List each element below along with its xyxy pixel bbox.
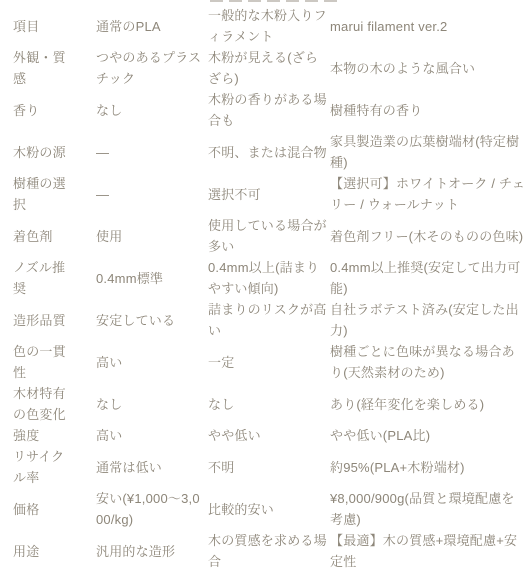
cell-generic-wood-filament: 不明 xyxy=(208,446,330,488)
cell-generic-wood-filament: 詰まりのリスクが高い xyxy=(208,299,330,341)
cell-generic-wood-filament: 一定 xyxy=(208,341,330,383)
cell-generic-wood-filament: 不明、または混合物 xyxy=(208,131,330,173)
cell-marui-filament: 樹種特有の香り xyxy=(330,89,526,131)
cell-normal-pla: なし xyxy=(96,383,208,425)
cell-generic-wood-filament: 選択不可 xyxy=(208,173,330,215)
cell-normal-pla: 通常は低い xyxy=(96,446,208,488)
cell-marui-filament: 【選択可】ホワイトオーク / チェリー / ウォールナット xyxy=(330,173,526,215)
column-header-cell-generic-wood-filament: 一般的な木粉入りフィラメント xyxy=(208,5,330,47)
cell-generic-wood-filament: 0.4mm以上(詰まりやすい傾向) xyxy=(208,257,330,299)
column-header-cell-normal-pla: 通常のPLA xyxy=(96,5,208,47)
cell-item: 着色剤 xyxy=(13,215,96,257)
header-row: 項目通常のPLA一般的な木粉入りフィラメントmarui filament ver… xyxy=(13,5,526,47)
table-row: ノズル推奨0.4mm標準0.4mm以上(詰まりやすい傾向)0.4mm以上推奨(安… xyxy=(13,257,526,299)
table-row: 着色剤使用使用している場合が多い着色剤フリー(木そのものの色味) xyxy=(13,215,526,257)
cell-marui-filament: あり(経年変化を楽しめる) xyxy=(330,383,526,425)
table-row: リサイクル率通常は低い不明約95%(PLA+木粉端材) xyxy=(13,446,526,488)
filament-comparison-table: 項目通常のPLA一般的な木粉入りフィラメントmarui filament ver… xyxy=(13,5,526,572)
cell-normal-pla: 安定している xyxy=(96,299,208,341)
column-header-cell-marui-filament: marui filament ver.2 xyxy=(330,5,526,47)
cell-item: リサイクル率 xyxy=(13,446,96,488)
cell-item: 外観・質感 xyxy=(13,47,96,89)
filament-comparison-section: 項目通常のPLA一般的な木粉入りフィラメントmarui filament ver… xyxy=(0,0,526,572)
table-row: 樹種の選択—選択不可【選択可】ホワイトオーク / チェリー / ウォールナット xyxy=(13,173,526,215)
cell-normal-pla: 使用 xyxy=(96,215,208,257)
cell-item: 価格 xyxy=(13,488,96,530)
table-row: 造形品質安定している詰まりのリスクが高い自社ラボテスト済み(安定した出力) xyxy=(13,299,526,341)
table-row: 香りなし木粉の香りがある場合も樹種特有の香り xyxy=(13,89,526,131)
cell-marui-filament: ¥8,000/900g(品質と環境配慮を考慮) xyxy=(330,488,526,530)
table-row: 用途汎用的な造形木の質感を求める場合【最適】木の質感+環境配慮+安定性 xyxy=(13,530,526,572)
cell-normal-pla: — xyxy=(96,173,208,215)
cell-item: 木粉の源 xyxy=(13,131,96,173)
cell-marui-filament: 着色剤フリー(木そのものの色味) xyxy=(330,215,526,257)
cell-marui-filament: 樹種ごとに色味が異なる場合あり(天然素材のため) xyxy=(330,341,526,383)
cell-normal-pla: 高い xyxy=(96,425,208,446)
cell-generic-wood-filament: 木粉の香りがある場合も xyxy=(208,89,330,131)
cell-generic-wood-filament: なし xyxy=(208,383,330,425)
cell-item: 造形品質 xyxy=(13,299,96,341)
table-row: 木材特有の色変化なしなしあり(経年変化を楽しめる) xyxy=(13,383,526,425)
cell-item: 樹種の選択 xyxy=(13,173,96,215)
table-header: 項目通常のPLA一般的な木粉入りフィラメントmarui filament ver… xyxy=(13,5,526,47)
clipped-row-fragment xyxy=(210,0,338,2)
cell-item: 色の一貫性 xyxy=(13,341,96,383)
cell-marui-filament: やや低い(PLA比) xyxy=(330,425,526,446)
cell-normal-pla: 汎用的な造形 xyxy=(96,530,208,572)
table-row: 価格安い(¥1,000〜3,000/kg)比較的安い¥8,000/900g(品質… xyxy=(13,488,526,530)
table-row: 色の一貫性高い一定樹種ごとに色味が異なる場合あり(天然素材のため) xyxy=(13,341,526,383)
column-header-cell-item: 項目 xyxy=(13,5,96,47)
cell-item: ノズル推奨 xyxy=(13,257,96,299)
table-row: 強度高いやや低いやや低い(PLA比) xyxy=(13,425,526,446)
table-row: 外観・質感つやのあるプラスチック木粉が見える(ざらざら)本物の木のような風合い xyxy=(13,47,526,89)
cell-marui-filament: 家具製造業の広葉樹端材(特定樹種) xyxy=(330,131,526,173)
cell-item: 香り xyxy=(13,89,96,131)
cell-marui-filament: 【最適】木の質感+環境配慮+安定性 xyxy=(330,530,526,572)
cell-generic-wood-filament: 使用している場合が多い xyxy=(208,215,330,257)
cell-normal-pla: 安い(¥1,000〜3,000/kg) xyxy=(96,488,208,530)
cell-generic-wood-filament: 木粉が見える(ざらざら) xyxy=(208,47,330,89)
cell-normal-pla: — xyxy=(96,131,208,173)
cell-normal-pla: つやのあるプラスチック xyxy=(96,47,208,89)
cell-item: 木材特有の色変化 xyxy=(13,383,96,425)
table-row: 木粉の源—不明、または混合物家具製造業の広葉樹端材(特定樹種) xyxy=(13,131,526,173)
cell-marui-filament: 約95%(PLA+木粉端材) xyxy=(330,446,526,488)
cell-normal-pla: なし xyxy=(96,89,208,131)
cell-marui-filament: 自社ラボテスト済み(安定した出力) xyxy=(330,299,526,341)
cell-normal-pla: 0.4mm標準 xyxy=(96,257,208,299)
table-body: 外観・質感つやのあるプラスチック木粉が見える(ざらざら)本物の木のような風合い香… xyxy=(13,47,526,572)
cell-marui-filament: 本物の木のような風合い xyxy=(330,47,526,89)
cell-generic-wood-filament: やや低い xyxy=(208,425,330,446)
cell-item: 強度 xyxy=(13,425,96,446)
cell-generic-wood-filament: 木の質感を求める場合 xyxy=(208,530,330,572)
cell-generic-wood-filament: 比較的安い xyxy=(208,488,330,530)
cell-item: 用途 xyxy=(13,530,96,572)
cell-normal-pla: 高い xyxy=(96,341,208,383)
cell-marui-filament: 0.4mm以上推奨(安定して出力可能) xyxy=(330,257,526,299)
